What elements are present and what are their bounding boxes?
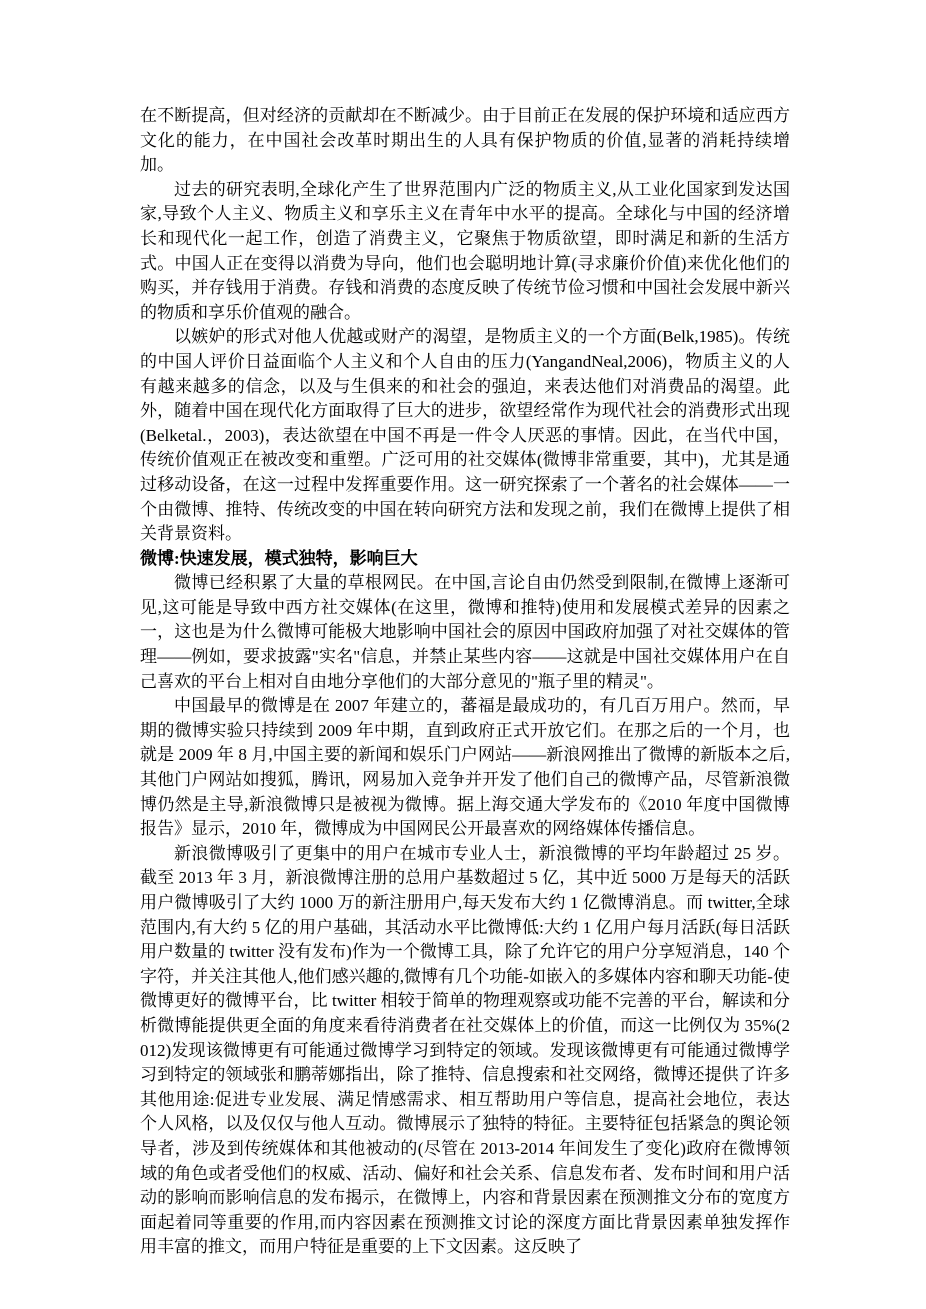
section-heading-weibo: 微博:快速发展，模式独特，影响巨大 xyxy=(140,547,790,572)
paragraph-sina-weibo-users: 新浪微博吸引了更集中的用户在城市专业人士，新浪微博的平均年龄超过 25 岁。截至… xyxy=(140,842,790,1260)
paragraph-continuation: 在不断提高，但对经济的贡献却在不断减少。由于目前正在发展的保护环境和适应西方文化… xyxy=(140,104,790,178)
document-page: 在不断提高，但对经济的贡献却在不断减少。由于目前正在发展的保护环境和适应西方文化… xyxy=(140,104,790,1260)
paragraph-globalization-materialism: 过去的研究表明,全球化产生了世界范围内广泛的物质主义,从工业化国家到发达国家,导… xyxy=(140,178,790,326)
paragraph-weibo-grassroots: 微博已经积累了大量的草根网民。在中国,言论自由仍然受到限制,在微博上逐渐可见,这… xyxy=(140,571,790,694)
paragraph-envy-materialism: 以嫉妒的形式对他人优越或财产的渴望，是物质主义的一个方面(Belk,1985)。… xyxy=(140,325,790,546)
paragraph-weibo-history: 中国最早的微博是在 2007 年建立的，蕃福是最成功的，有几百万用户。然而，早期… xyxy=(140,694,790,842)
